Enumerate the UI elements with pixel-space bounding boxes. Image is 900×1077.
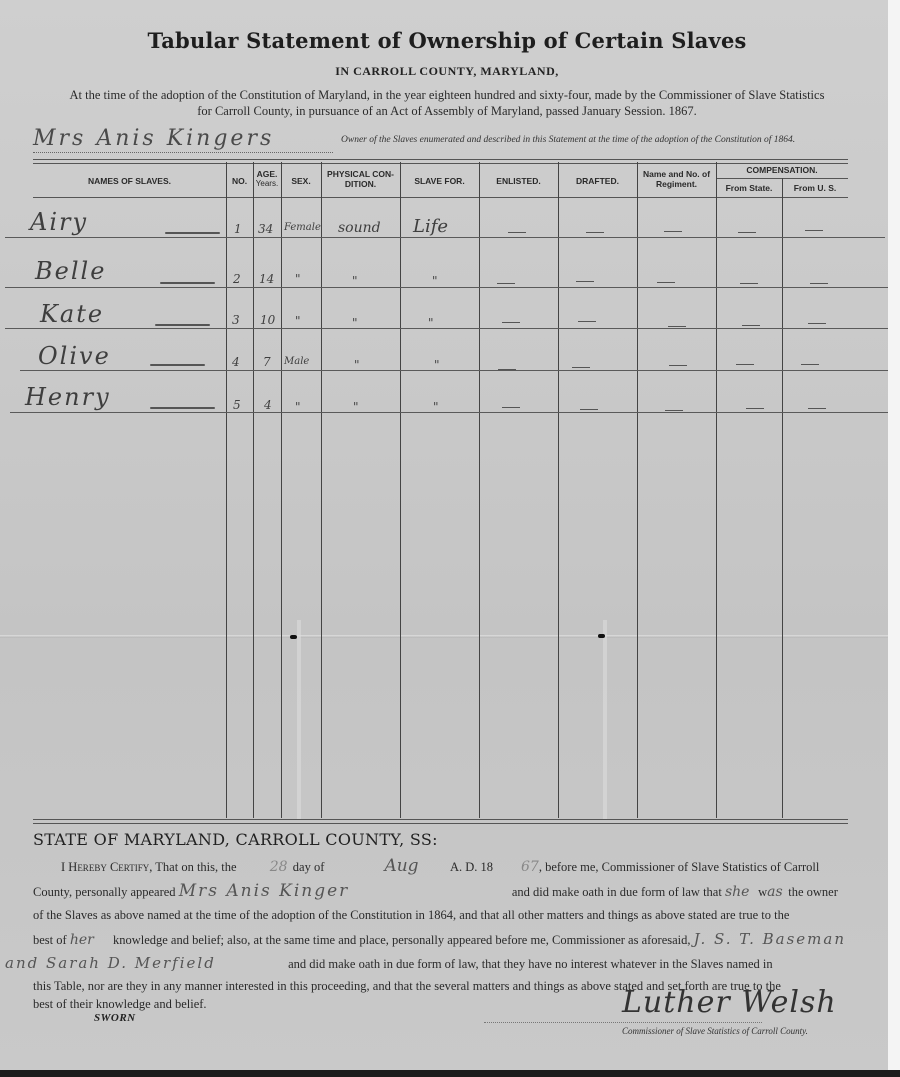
row-rule xyxy=(5,328,888,329)
header-physical: PHYSICAL CON- DITION. xyxy=(321,169,400,189)
header-enlisted: ENLISTED. xyxy=(479,176,558,186)
slave-name: Belle xyxy=(35,257,106,285)
row-rule xyxy=(10,412,888,413)
header-age-unit: Years. xyxy=(253,179,281,189)
header-regiment-1: Name and No. of xyxy=(637,169,716,179)
cell-physical: " xyxy=(354,358,360,372)
cert-text: w xyxy=(758,885,767,899)
header-regiment: Name and No. of Regiment. xyxy=(637,169,716,189)
cert-day-fill: 28 xyxy=(240,856,290,880)
cert-line-1: I Hereby Certify, That on this, the 28 d… xyxy=(33,855,853,880)
document-page: Tabular Statement of Ownership of Certai… xyxy=(0,0,894,1072)
cell-drafted-dash xyxy=(572,367,590,368)
cell-no: 3 xyxy=(232,313,240,327)
cert-text: and did make oath in due form of law tha… xyxy=(512,885,722,899)
cert-text: A. D. 18 xyxy=(450,860,493,874)
cell-physical: " xyxy=(353,400,359,414)
cell-physical: sound xyxy=(338,220,381,236)
cell-physical: " xyxy=(352,316,358,330)
header-from-state: From State. xyxy=(716,183,782,193)
cell-sex: " xyxy=(295,400,301,414)
row-rule xyxy=(5,287,893,288)
sworn-label: SWORN xyxy=(94,1012,136,1024)
cell-slave-for: " xyxy=(432,274,438,288)
slave-name: Henry xyxy=(25,383,111,411)
cert-text: That on this, the xyxy=(155,860,236,874)
cell-from-us-dash xyxy=(801,364,819,365)
owner-name-handwritten: Mrs Anis Kingers xyxy=(33,126,333,153)
hereby-certify: I Hereby Certify, xyxy=(61,860,152,874)
cert-text: , before me, Commissioner of Slave Stati… xyxy=(539,860,820,874)
header-bottom-rule xyxy=(33,197,848,198)
slave-name: Olive xyxy=(38,342,111,370)
cert-text: day of xyxy=(293,860,325,874)
cert-text: best of xyxy=(33,933,67,947)
cell-no: 5 xyxy=(233,398,241,412)
header-drafted: DRAFTED. xyxy=(558,176,637,186)
header-regiment-2: Regiment. xyxy=(637,179,716,189)
cell-age: 7 xyxy=(263,355,271,369)
header-physical-2: DITION. xyxy=(321,179,400,189)
table-bottom-rule xyxy=(33,819,848,824)
column-line xyxy=(321,162,322,818)
cell-sex: Female xyxy=(284,222,321,233)
pin-hole xyxy=(598,634,605,638)
intro-line-2: for Carroll County, in pursuance of an A… xyxy=(30,103,864,119)
cert-text: the owner xyxy=(788,885,838,899)
header-compensation: COMPENSATION. xyxy=(716,165,848,175)
cell-drafted-dash xyxy=(580,409,598,410)
cell-from-state-dash xyxy=(736,364,754,365)
slave-name: Airy xyxy=(30,208,88,236)
cell-regiment-dash xyxy=(669,365,687,366)
intro-line-1: At the time of the adoption of the Const… xyxy=(30,87,864,103)
row-rule xyxy=(20,370,888,371)
cell-regiment-dash xyxy=(668,326,686,327)
cell-from-us-dash xyxy=(808,408,826,409)
name-dash xyxy=(160,282,215,284)
column-line xyxy=(281,162,282,818)
header-physical-1: PHYSICAL CON- xyxy=(321,169,400,179)
name-dash xyxy=(165,232,220,234)
name-dash xyxy=(155,324,210,326)
signature-line xyxy=(484,1022,762,1023)
header-age-label: AGE. xyxy=(253,169,281,179)
cell-physical: " xyxy=(352,274,358,288)
paper-crease xyxy=(603,620,607,820)
document-title: Tabular Statement of Ownership of Certai… xyxy=(0,28,894,53)
column-line xyxy=(400,162,401,818)
cell-drafted-dash xyxy=(576,281,594,282)
name-dash xyxy=(150,407,215,409)
header-age: AGE. Years. xyxy=(253,169,281,189)
column-line xyxy=(716,162,717,818)
column-line xyxy=(558,162,559,818)
column-line xyxy=(479,162,480,818)
table-top-rule xyxy=(33,159,848,164)
column-line xyxy=(253,162,254,818)
cell-drafted-dash xyxy=(578,321,596,322)
cell-slave-for: " xyxy=(428,316,434,330)
cell-from-us-dash xyxy=(805,230,823,231)
cell-regiment-dash xyxy=(657,282,675,283)
scan-margin xyxy=(888,0,900,1077)
scan-bottom-edge xyxy=(0,1070,900,1077)
header-names: NAMES OF SLAVES. xyxy=(33,176,226,186)
signature-caption: Commissioner of Slave Statistics of Carr… xyxy=(622,1026,808,1036)
cell-enlisted-dash xyxy=(497,283,515,284)
cell-age: 14 xyxy=(259,272,274,286)
cell-no: 2 xyxy=(233,272,241,286)
cell-from-us-dash xyxy=(810,283,828,284)
name-dash xyxy=(150,364,205,366)
cell-slave-for: " xyxy=(433,400,439,414)
commissioner-signature: Luther Welsh xyxy=(622,985,837,1020)
pin-hole xyxy=(290,635,297,639)
certificate-heading: STATE OF MARYLAND, CARROLL COUNTY, SS: xyxy=(33,830,438,849)
header-slave-for: SLAVE FOR. xyxy=(400,176,479,186)
cell-age: 4 xyxy=(264,398,272,412)
document-subtitle: IN CARROLL COUNTY, MARYLAND, xyxy=(0,64,894,79)
cell-no: 4 xyxy=(232,355,240,369)
column-line xyxy=(637,162,638,818)
header-sex: SEX. xyxy=(281,176,321,186)
cell-enlisted-dash xyxy=(508,232,526,233)
column-line xyxy=(782,178,783,818)
slave-name: Kate xyxy=(40,300,104,328)
cell-from-state-dash xyxy=(746,408,764,409)
column-line xyxy=(226,162,227,818)
row-rule xyxy=(5,237,885,238)
cert-line-3: of the Slaves as above named at the time… xyxy=(33,904,853,928)
cert-text: County, personally appeared xyxy=(33,885,176,899)
cell-age: 34 xyxy=(258,222,273,236)
cell-slave-for: " xyxy=(434,358,440,372)
cell-no: 1 xyxy=(234,222,242,236)
owner-line: Mrs Anis Kingers Owner of the Slaves enu… xyxy=(33,130,848,152)
header-from-us: From U. S. xyxy=(782,183,848,193)
cell-from-us-dash xyxy=(808,323,826,324)
cert-witness2-fill: and Sarah D. Merfield xyxy=(5,952,285,976)
cell-sex: Male xyxy=(284,356,309,367)
owner-caption: Owner of the Slaves enumerated and descr… xyxy=(341,135,795,145)
cert-line-4: best of her knowledge and belief; also, … xyxy=(33,928,853,953)
cert-witness1-fill: J. S. T. Baseman xyxy=(694,928,846,952)
cell-age: 10 xyxy=(260,313,275,327)
cell-enlisted-dash xyxy=(498,369,516,370)
cert-line-2: County, personally appeared Mrs Anis Kin… xyxy=(33,880,853,905)
cert-appeared-name-fill: Mrs Anis Kinger xyxy=(179,880,509,904)
cert-year-fill: 67 xyxy=(493,856,539,880)
cell-drafted-dash xyxy=(586,232,604,233)
cell-regiment-dash xyxy=(664,231,682,232)
cert-possessive-fill: her xyxy=(70,929,110,953)
cell-slave-for: Life xyxy=(413,216,448,237)
cert-was-fill: as xyxy=(767,881,785,905)
cert-month-fill: Aug xyxy=(328,855,448,879)
cell-from-state-dash xyxy=(738,232,756,233)
cell-enlisted-dash xyxy=(502,322,520,323)
paper-crease xyxy=(297,620,301,820)
document-intro: At the time of the adoption of the Const… xyxy=(30,87,864,119)
cell-from-state-dash xyxy=(740,283,758,284)
header-no: NO. xyxy=(226,176,253,186)
cell-sex: " xyxy=(295,314,301,328)
cert-text: and did make oath in due form of law, th… xyxy=(288,957,772,971)
cert-text: knowledge and belief; also, at the same … xyxy=(113,933,691,947)
paper-fold xyxy=(0,635,894,638)
cell-enlisted-dash xyxy=(502,407,520,408)
cell-regiment-dash xyxy=(665,410,683,411)
cell-from-state-dash xyxy=(742,325,760,326)
cert-pronoun-fill: she xyxy=(725,881,755,905)
cell-sex: " xyxy=(295,272,301,286)
cert-line-5: and Sarah D. Merfield and did make oath … xyxy=(5,952,853,977)
